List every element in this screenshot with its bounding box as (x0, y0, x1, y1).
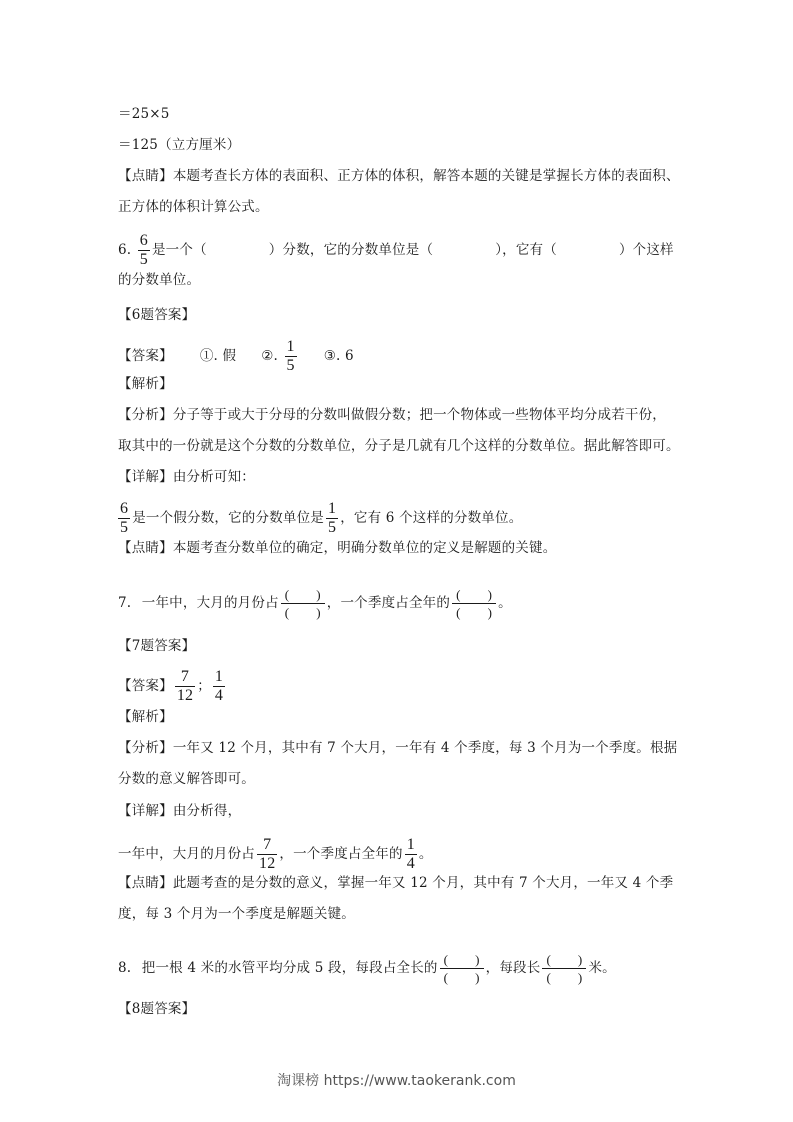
comment-line-6: 【点睛】本题考查分数单位的确定，明确分数单位的定义是解题的关键。 (118, 538, 556, 558)
answer-header-6: 【6题答案】 (118, 305, 195, 325)
detail-line-7: 【详解】由分析得， (118, 801, 241, 821)
answer-header-8: 【8题答案】 (118, 999, 195, 1019)
comment-line-7-cont: 度，每 3 个月为一个季度是解题关键。 (118, 904, 355, 924)
question-6-cont: 的分数单位。 (118, 270, 200, 290)
fraction-1-4: 1 4 (405, 836, 417, 873)
detail-result-7: 一年中，大月的月份占 7 12 ，一个季度占全年的 1 4 。 (118, 836, 433, 873)
question-7: 7. 一年中，大月的月份占 () () ，一个季度占全年的 () () 。 (118, 586, 512, 621)
fraction-1-4: 1 4 (213, 668, 225, 705)
analysis-line-7: 【分析】一年又 12 个月，其中有 7 个大月，一年有 4 个季度，每 3 个月… (118, 738, 677, 758)
answer-line-6: 【答案】 ①. 假 ②. 1 5 ③. 6 (118, 338, 354, 375)
answer-line-7: 【答案】 7 12 ； 1 4 (118, 668, 227, 705)
fraction-6-5: 6 5 (138, 232, 150, 269)
detail-line-6: 【详解】由分析可知： (118, 467, 255, 487)
calc-result-line: ＝125（立方厘米） (118, 135, 240, 155)
comment-line: 【点睛】本题考查长方体的表面积、正方体的体积，解答本题的关键是掌握长方体的表面积… (118, 166, 680, 186)
fraction-blank[interactable]: () () (452, 586, 496, 621)
detail-result-6: 6 5 是一个假分数，它的分数单位是 1 5 ，它有 6 个这样的分数单位。 (118, 500, 522, 537)
calc-line: ＝25×5 (118, 104, 170, 124)
question-6: 6. 6 5 是一个（）分数，它的分数单位是（），它有（）个这样 (118, 232, 674, 269)
analysis-line-6: 【分析】分子等于或大于分母的分数叫做假分数；把一个物体或一些物体平均分成若干份， (118, 405, 666, 425)
question-8: 8. 把一根 4 米的水管平均分成 5 段，每段占全长的 () () ，每段长 … (118, 951, 616, 986)
analysis-line-6-cont: 取其中的一份就是这个分数的分数单位，分子是几就有几个这样的分数单位。据此解答即可… (118, 436, 680, 456)
comment-line-7: 【点睛】此题考查的是分数的意义，掌握一年又 12 个月，其中有 7 个大月，一年… (118, 873, 673, 893)
watermark-footer: 淘课榜 https://www.taokerank.com (0, 1070, 793, 1090)
answer-1: ①. 假 (200, 348, 236, 364)
fraction-1-5: 1 5 (285, 338, 297, 375)
analysis-line-7-cont: 分数的意义解答即可。 (118, 769, 255, 789)
answer-3: ③. 6 (324, 348, 354, 364)
fraction-blank[interactable]: () () (440, 951, 484, 986)
analysis-header-7: 【解析】 (118, 707, 173, 727)
answer-2-label: ②. (261, 348, 278, 364)
comment-line-cont: 正方体的体积计算公式。 (118, 197, 269, 217)
comment-tag: 【点睛】 (118, 168, 173, 184)
fraction-7-12: 7 12 (175, 668, 195, 705)
document-page: ＝25×5 ＝125（立方厘米） 【点睛】本题考查长方体的表面积、正方体的体积，… (0, 0, 793, 1122)
analysis-header-6: 【解析】 (118, 374, 173, 394)
answer-header-7: 【7题答案】 (118, 636, 195, 656)
fraction-1-5: 1 5 (326, 500, 338, 537)
fraction-7-12: 7 12 (257, 836, 277, 873)
question-number: 6. (118, 242, 131, 258)
fraction-blank[interactable]: () () (281, 586, 325, 621)
comment-text: 本题考查长方体的表面积、正方体的体积，解答本题的关键是掌握长方体的表面积、 (173, 168, 680, 184)
answer-tag: 【答案】 (118, 348, 173, 364)
fraction-6-5: 6 5 (118, 500, 130, 537)
fraction-blank[interactable]: () () (542, 951, 586, 986)
